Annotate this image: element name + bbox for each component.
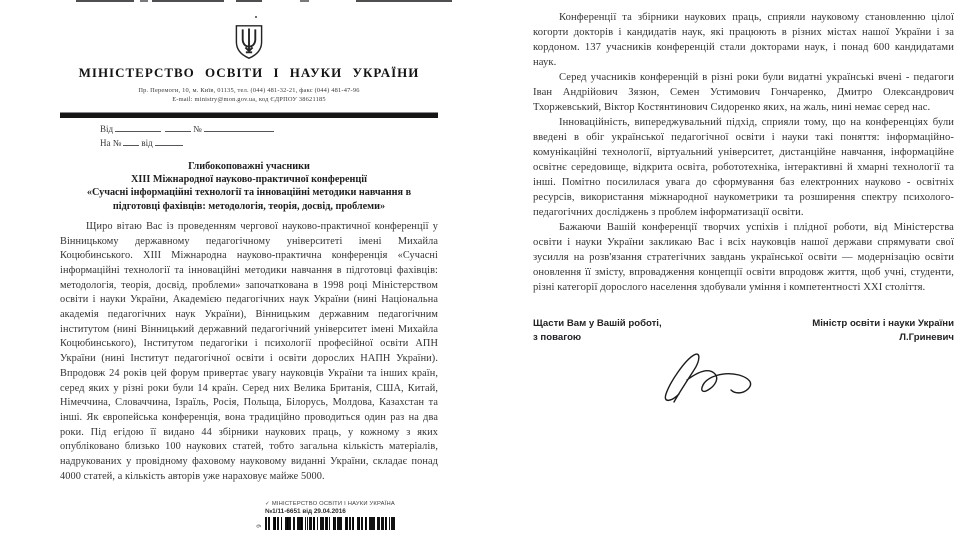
paragraph-wishes: Бажаючи Вашій конференції творчих успіхі…	[533, 220, 954, 295]
barcode	[265, 517, 395, 530]
date-blank	[115, 123, 161, 132]
paragraph-achievements: Конференції та збірники наукових праць, …	[533, 10, 954, 70]
reference-incoming-row: На №від	[100, 137, 438, 151]
stamp-number: №1/11-6651 від 29.04.2016	[265, 508, 415, 515]
closing-wish: Щасти Вам у Вашій роботі,	[533, 317, 662, 331]
closing-left: Щасти Вам у Вашій роботі, з повагою	[533, 317, 662, 345]
number-label: №	[193, 124, 202, 134]
paragraph-innovation: Інноваційність, випереджувальний підхід,…	[533, 115, 954, 220]
heading-conference-title-2: підготовці фахівців: методологія, теорія…	[60, 200, 438, 213]
registration-stamp: ✓МІНІСТЕРСТВО ОСВІТИ І НАУКИ УКРАЇНА №1/…	[265, 501, 415, 530]
ministry-title: МІНІСТЕРСТВО ОСВІТИ І НАУКИ УКРАЇНИ	[60, 65, 438, 81]
letterhead-address: Пр. Перемоги, 10, м. Київ, 01135, тел. (…	[60, 87, 438, 96]
pre-number-blank	[165, 123, 191, 132]
heading-conference-title-1: «Сучасні інформаційні технології та інно…	[60, 186, 438, 199]
letter-page-1: МІНІСТЕРСТВО ОСВІТИ І НАУКИ УКРАЇНИ Пр. …	[60, 0, 438, 484]
letter-body-page1: Щиро вітаю Вас із проведенням чергової н…	[60, 220, 438, 485]
reply-number-blank	[123, 137, 139, 146]
ukraine-trident-emblem-icon	[234, 24, 264, 60]
letterhead-divider	[60, 112, 438, 118]
heading-addressee: Глибокоповажні учасники	[60, 160, 438, 173]
stamp-check-icon: ✓	[265, 501, 270, 507]
letter-page-2: Конференції та збірники наукових праць, …	[533, 10, 954, 345]
closing-regards: з повагою	[533, 331, 662, 345]
heading-conference: ХІІІ Міжнародної науково-практичної конф…	[60, 173, 438, 186]
minister-name: Л.Гриневич	[812, 331, 954, 345]
paragraph-scientists: Серед учасників конференцій в різні роки…	[533, 70, 954, 115]
closing-block: Щасти Вам у Вашій роботі, з повагою Міні…	[533, 317, 954, 345]
closing-right: Міністр освіти і науки України Л.Гриневи…	[812, 317, 954, 345]
reference-block: Від№ На №від	[100, 123, 438, 151]
number-blank	[204, 123, 274, 132]
reference-outgoing-row: Від№	[100, 123, 438, 137]
scanned-letter: МІНІСТЕРСТВО ОСВІТИ І НАУКИ УКРАЇНИ Пр. …	[0, 0, 960, 540]
stamp-org-line: ✓МІНІСТЕРСТВО ОСВІТИ І НАУКИ УКРАЇНА	[265, 501, 415, 507]
minister-signature	[651, 348, 777, 414]
reply-date-label: від	[141, 138, 152, 148]
letterhead-contacts: E-mail: ministry@mon.gov.ua, код ЄДРПОУ …	[60, 96, 438, 105]
reply-number-label: На №	[100, 138, 121, 148]
reply-date-blank	[155, 137, 183, 146]
minister-title: Міністр освіти і науки України	[812, 317, 954, 331]
from-label: Від	[100, 124, 113, 134]
stamp-org-name: МІНІСТЕРСТВО ОСВІТИ І НАУКИ УКРАЇНА	[272, 501, 395, 507]
stamp-side-mark: 6	[255, 524, 261, 527]
letter-heading: Глибокоповажні учасники ХІІІ Міжнародної…	[60, 160, 438, 213]
